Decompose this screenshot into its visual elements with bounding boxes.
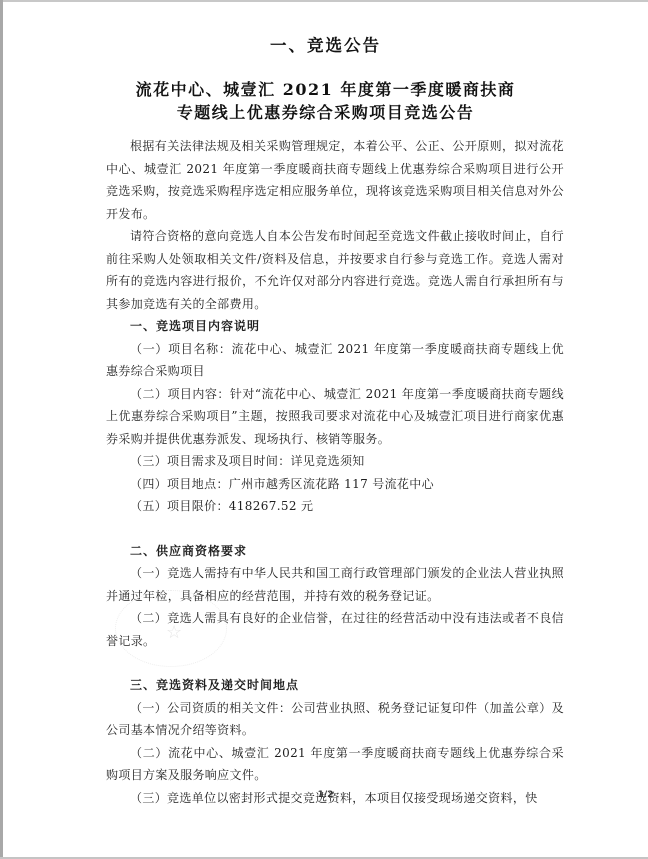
document-body: 根据有关法律法规及相关采购管理规定，本着公平、公正、公开原则，拟对流花中心、城壹… [106, 135, 564, 809]
section-heading-supplier-qualification: 二、供应商资格要求 [106, 540, 564, 563]
project-price-limit-item: （五）项目限价：418267.52 元 [106, 495, 564, 518]
project-content-item: （二）项目内容：针对“流花中心、城壹汇 2021 年度第一季度暖商扶商专题线上优… [106, 383, 564, 451]
section-spacer [106, 518, 564, 540]
title-line-1: 流花中心、城壹汇 2021 年度第一季度暖商扶商 [3, 78, 648, 101]
main-heading: 一、竞选公告 [3, 32, 648, 56]
document-page: 一、竞选公告 流花中心、城壹汇 2021 年度第一季度暖商扶商 专题线上优惠券综… [3, 2, 648, 857]
submission-proposal-item: （二）流花中心、城壹汇 2021 年度第一季度暖商扶商专题线上优惠券综合采购项目… [106, 742, 564, 787]
intro-paragraph-2: 请符合资格的意向竞选人自本公告发布时间起至竞选文件截止接收时间止，自行前往采购人… [106, 225, 564, 315]
seal-star-icon: ☆ [166, 622, 182, 643]
project-location-item: （四）项目地点：广州市越秀区流花路 117 号流花中心 [106, 473, 564, 496]
submission-documents-item: （一）公司资质的相关文件：公司营业执照、税务登记证复印件（加盖公章）及公司基本情… [106, 697, 564, 742]
project-name-item: （一）项目名称：流花中心、城壹汇 2021 年度第一季度暖商扶商专题线上优惠券综… [106, 338, 564, 383]
page-number: 1/2 [3, 790, 648, 800]
section-heading-submission: 三、竞选资料及递交时间地点 [106, 674, 564, 697]
project-requirement-item: （三）项目需求及项目时间：详见竞选须知 [106, 450, 564, 473]
intro-paragraph-1: 根据有关法律法规及相关采购管理规定，本着公平、公正、公开原则，拟对流花中心、城壹… [106, 135, 564, 225]
title-line-2: 专题线上优惠券综合采购项目竞选公告 [3, 101, 648, 124]
document-title: 流花中心、城壹汇 2021 年度第一季度暖商扶商 专题线上优惠券综合采购项目竞选… [3, 78, 648, 124]
section-heading-project-content: 一、竞选项目内容说明 [106, 315, 564, 338]
